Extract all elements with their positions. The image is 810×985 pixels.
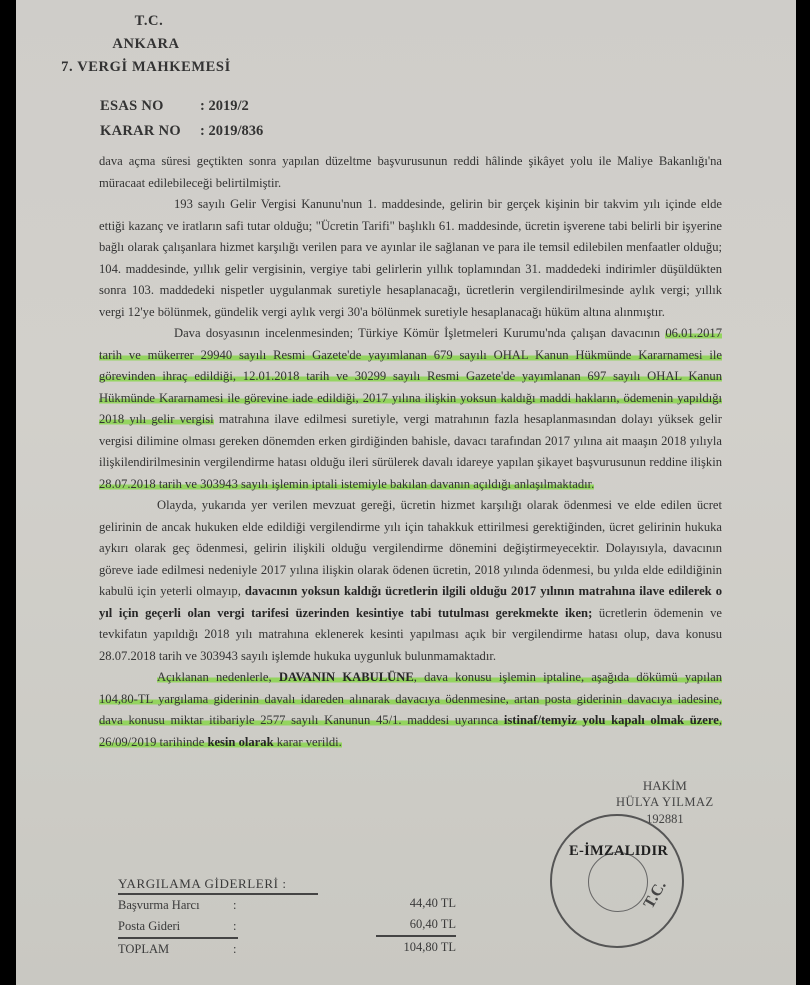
highlighted-text: karar verildi. — [274, 735, 342, 749]
cost-total-row: TOPLAM : — [118, 937, 238, 960]
bold-text: kesin olarak — [207, 735, 273, 749]
decision-body: dava açma süresi geçtikten sonra yapılan… — [99, 151, 722, 753]
total-amount: 104,80 TL — [376, 937, 456, 958]
paragraph-5: Açıklanan nedenlerle, DAVANIN KABULÜNE, … — [99, 667, 722, 753]
cost-label: Başvurma Harcı — [118, 898, 200, 912]
country-label: T.C. — [22, 10, 276, 33]
cost-colon: : — [233, 916, 236, 937]
cost-amount: 60,40 TL — [376, 914, 456, 937]
cost-amounts: 44,40 TL 60,40 TL 104,80 TL — [376, 893, 456, 958]
paragraph-3: Dava dosyasının incelenmesinden; Türkiye… — [99, 323, 722, 495]
costs-table: YARGILAMA GİDERLERİ : Başvurma Harcı : P… — [118, 876, 368, 960]
bold-text: istinaf/temyiz yolu kapalı olmak üzere — [504, 713, 719, 727]
case-numbers: ESAS NO : 2019/2 KARAR NO : 2019/836 — [100, 94, 263, 144]
esas-label: ESAS NO — [100, 94, 200, 119]
e-signature-stamp: E-İMZALIDIR — [569, 843, 668, 860]
cost-amount: 44,40 TL — [376, 893, 456, 914]
city-label: ANKARA — [16, 33, 276, 56]
p3-text: Dava dosyasının incelenmesinden; Türkiye… — [174, 326, 665, 340]
cost-row: Başvurma Harcı : — [118, 895, 368, 916]
court-decision-page: T.C. ANKARA 7. VERGİ MAHKEMESİ ESAS NO :… — [16, 0, 796, 985]
cost-colon: : — [233, 939, 236, 960]
highlighted-text: 06.01.2017 tarih ve mükerrer 29940 sayıl… — [99, 326, 722, 426]
verdict-text: DAVANIN KABULÜNE — [279, 670, 414, 684]
judge-name: HÜLYA YILMAZ — [616, 794, 714, 811]
cost-row: Posta Gideri : — [118, 916, 368, 937]
karar-label: KARAR NO — [100, 119, 200, 144]
seal-inner-ring — [588, 852, 648, 912]
court-name: 7. VERGİ MAHKEMESİ — [16, 56, 276, 79]
total-label: TOPLAM — [118, 942, 169, 956]
paragraph-1: dava açma süresi geçtikten sonra yapılan… — [99, 151, 722, 194]
cost-colon: : — [233, 895, 236, 916]
highlighted-text: 28.07.2018 tarih ve 303943 sayılı işlemi… — [99, 477, 594, 491]
highlighted-text: Açıklanan nedenlerle, — [157, 670, 279, 684]
cost-label: Posta Gideri — [118, 919, 180, 933]
judge-title: HAKİM — [616, 777, 714, 794]
esas-value: : 2019/2 — [200, 94, 249, 119]
karar-value: : 2019/836 — [200, 119, 263, 144]
p4-text: Olayda, yukarıda yer verilen mevzuat ger… — [99, 498, 722, 598]
costs-title: YARGILAMA GİDERLERİ : — [118, 876, 318, 895]
paragraph-4: Olayda, yukarıda yer verilen mevzuat ger… — [99, 495, 722, 667]
court-header: T.C. ANKARA 7. VERGİ MAHKEMESİ — [16, 10, 276, 79]
paragraph-2: 193 sayılı Gelir Vergisi Kanunu'nun 1. m… — [99, 194, 722, 323]
court-seal-icon: T.C. — [550, 814, 684, 948]
